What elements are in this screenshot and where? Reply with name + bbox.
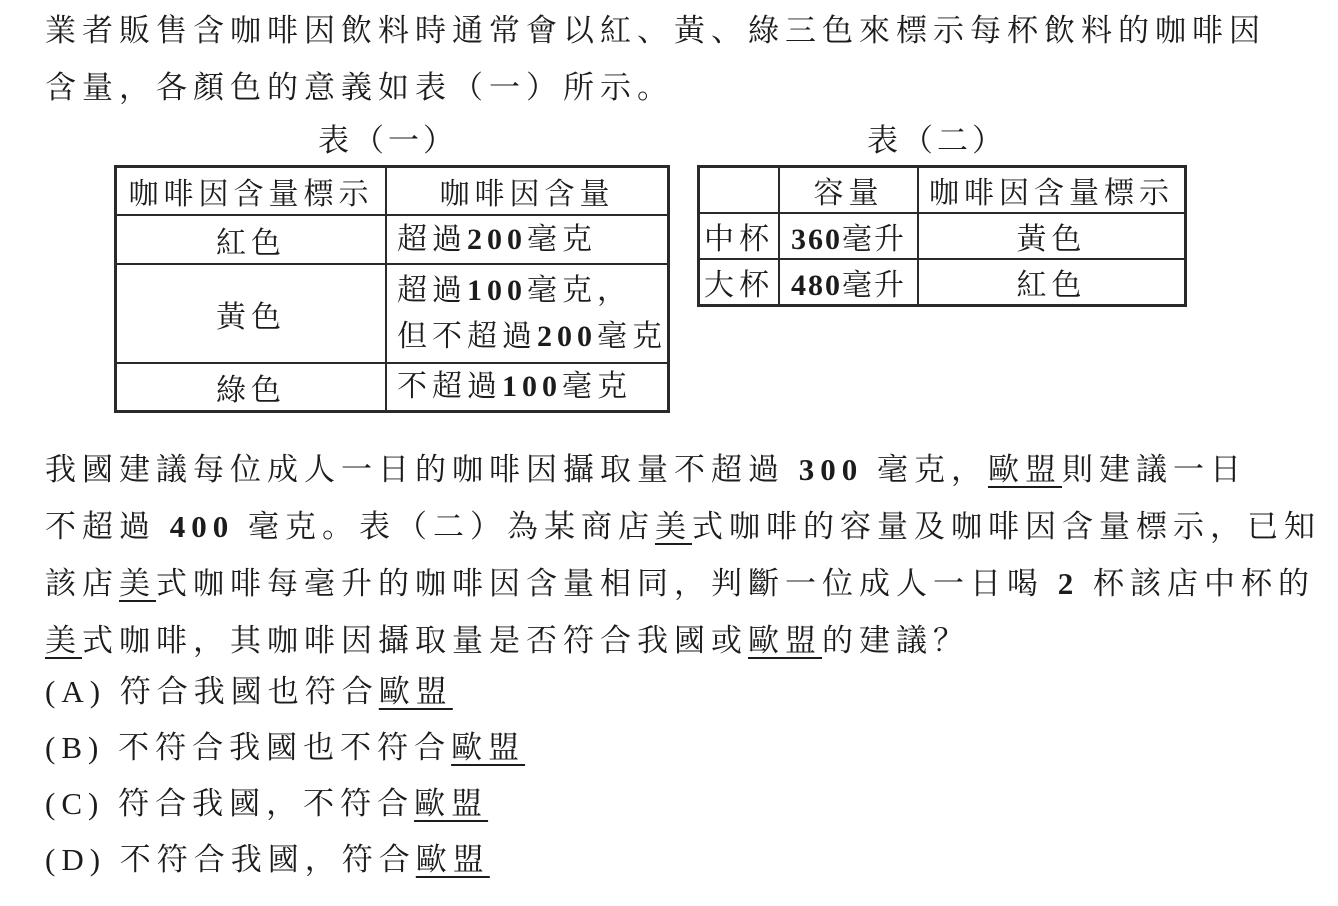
option-d: (D) 不符合我國，符合歐盟 bbox=[45, 832, 525, 888]
caffeine-range-cell: 不超過100毫克 bbox=[386, 363, 669, 412]
label-color-cell: 黃色 bbox=[918, 213, 1186, 259]
caffeine-range-cell: 超過200毫克 bbox=[386, 215, 669, 264]
question-line-4: 美式咖啡，其咖啡因攝取量是否符合我國或歐盟的建議？ bbox=[45, 612, 1321, 669]
table2-header-volume-column: 容量 bbox=[779, 167, 918, 214]
option-b: (B) 不符合我國也不符合歐盟 bbox=[45, 720, 525, 776]
table-row: 黃色 超過100毫克， 但不超過200毫克 bbox=[116, 264, 669, 363]
table1-title: 表（一） bbox=[114, 121, 662, 161]
size-cell: 大杯 bbox=[699, 259, 780, 306]
table-row: 容量 咖啡因含量標示 bbox=[699, 167, 1186, 214]
table1-header-content-column: 咖啡因含量 bbox=[386, 167, 669, 216]
question-intro: 業者販售含咖啡因飲料時通常會以紅、黃、綠三色來標示每杯飲料的咖啡因 含量，各顏色… bbox=[45, 2, 1266, 116]
question-line-1: 我國建議每位成人一日的咖啡因攝取量不超過 300 毫克，歐盟則建議一日 bbox=[45, 441, 1321, 498]
option-c: (C) 符合我國，不符合歐盟 bbox=[45, 776, 525, 832]
table2-title: 表（二） bbox=[697, 121, 1177, 161]
exam-question-document: 業者販售含咖啡因飲料時通常會以紅、黃、綠三色來標示每杯飲料的咖啡因 含量，各顏色… bbox=[0, 0, 1338, 906]
question-intro-line-1: 業者販售含咖啡因飲料時通常會以紅、黃、綠三色來標示每杯飲料的咖啡因 bbox=[45, 2, 1266, 59]
caffeine-label-table: 咖啡因含量標示 咖啡因含量 紅色 超過200毫克 黃色 超過100毫克， 但不超… bbox=[114, 165, 670, 413]
question-line-3: 該店美式咖啡每毫升的咖啡因含量相同，判斷一位成人一日喝 2 杯該店中杯的 bbox=[45, 555, 1321, 612]
answer-options: (A) 符合我國也符合歐盟 (B) 不符合我國也不符合歐盟 (C) 符合我國，不… bbox=[45, 664, 525, 888]
color-label-cell: 黃色 bbox=[116, 264, 387, 363]
table-row: 中杯 360毫升 黃色 bbox=[699, 213, 1186, 259]
size-cell: 中杯 bbox=[699, 213, 780, 259]
label-color-cell: 紅色 bbox=[918, 259, 1186, 306]
table-row: 綠色 不超過100毫克 bbox=[116, 363, 669, 412]
option-a: (A) 符合我國也符合歐盟 bbox=[45, 664, 525, 720]
question-line-2: 不超過 400 毫克。表（二）為某商店美式咖啡的容量及咖啡因含量標示，已知 bbox=[45, 498, 1321, 555]
volume-cell: 360毫升 bbox=[779, 213, 918, 259]
color-label-cell: 紅色 bbox=[116, 215, 387, 264]
table-row: 大杯 480毫升 紅色 bbox=[699, 259, 1186, 306]
caffeine-range-cell: 超過100毫克， 但不超過200毫克 bbox=[386, 264, 669, 363]
table-row: 咖啡因含量標示 咖啡因含量 bbox=[116, 167, 669, 216]
table-row: 紅色 超過200毫克 bbox=[116, 215, 669, 264]
table2-header-label-column: 咖啡因含量標示 bbox=[918, 167, 1186, 214]
question-body: 我國建議每位成人一日的咖啡因攝取量不超過 300 毫克，歐盟則建議一日 不超過 … bbox=[45, 441, 1321, 669]
table2-header-empty-cell bbox=[699, 167, 780, 214]
question-intro-line-2: 含量，各顏色的意義如表（一）所示。 bbox=[45, 59, 1266, 116]
volume-cell: 480毫升 bbox=[779, 259, 918, 306]
table1-header-label-column: 咖啡因含量標示 bbox=[116, 167, 387, 216]
color-label-cell: 綠色 bbox=[116, 363, 387, 412]
coffee-size-table: 容量 咖啡因含量標示 中杯 360毫升 黃色 大杯 480毫升 紅色 bbox=[697, 165, 1187, 307]
